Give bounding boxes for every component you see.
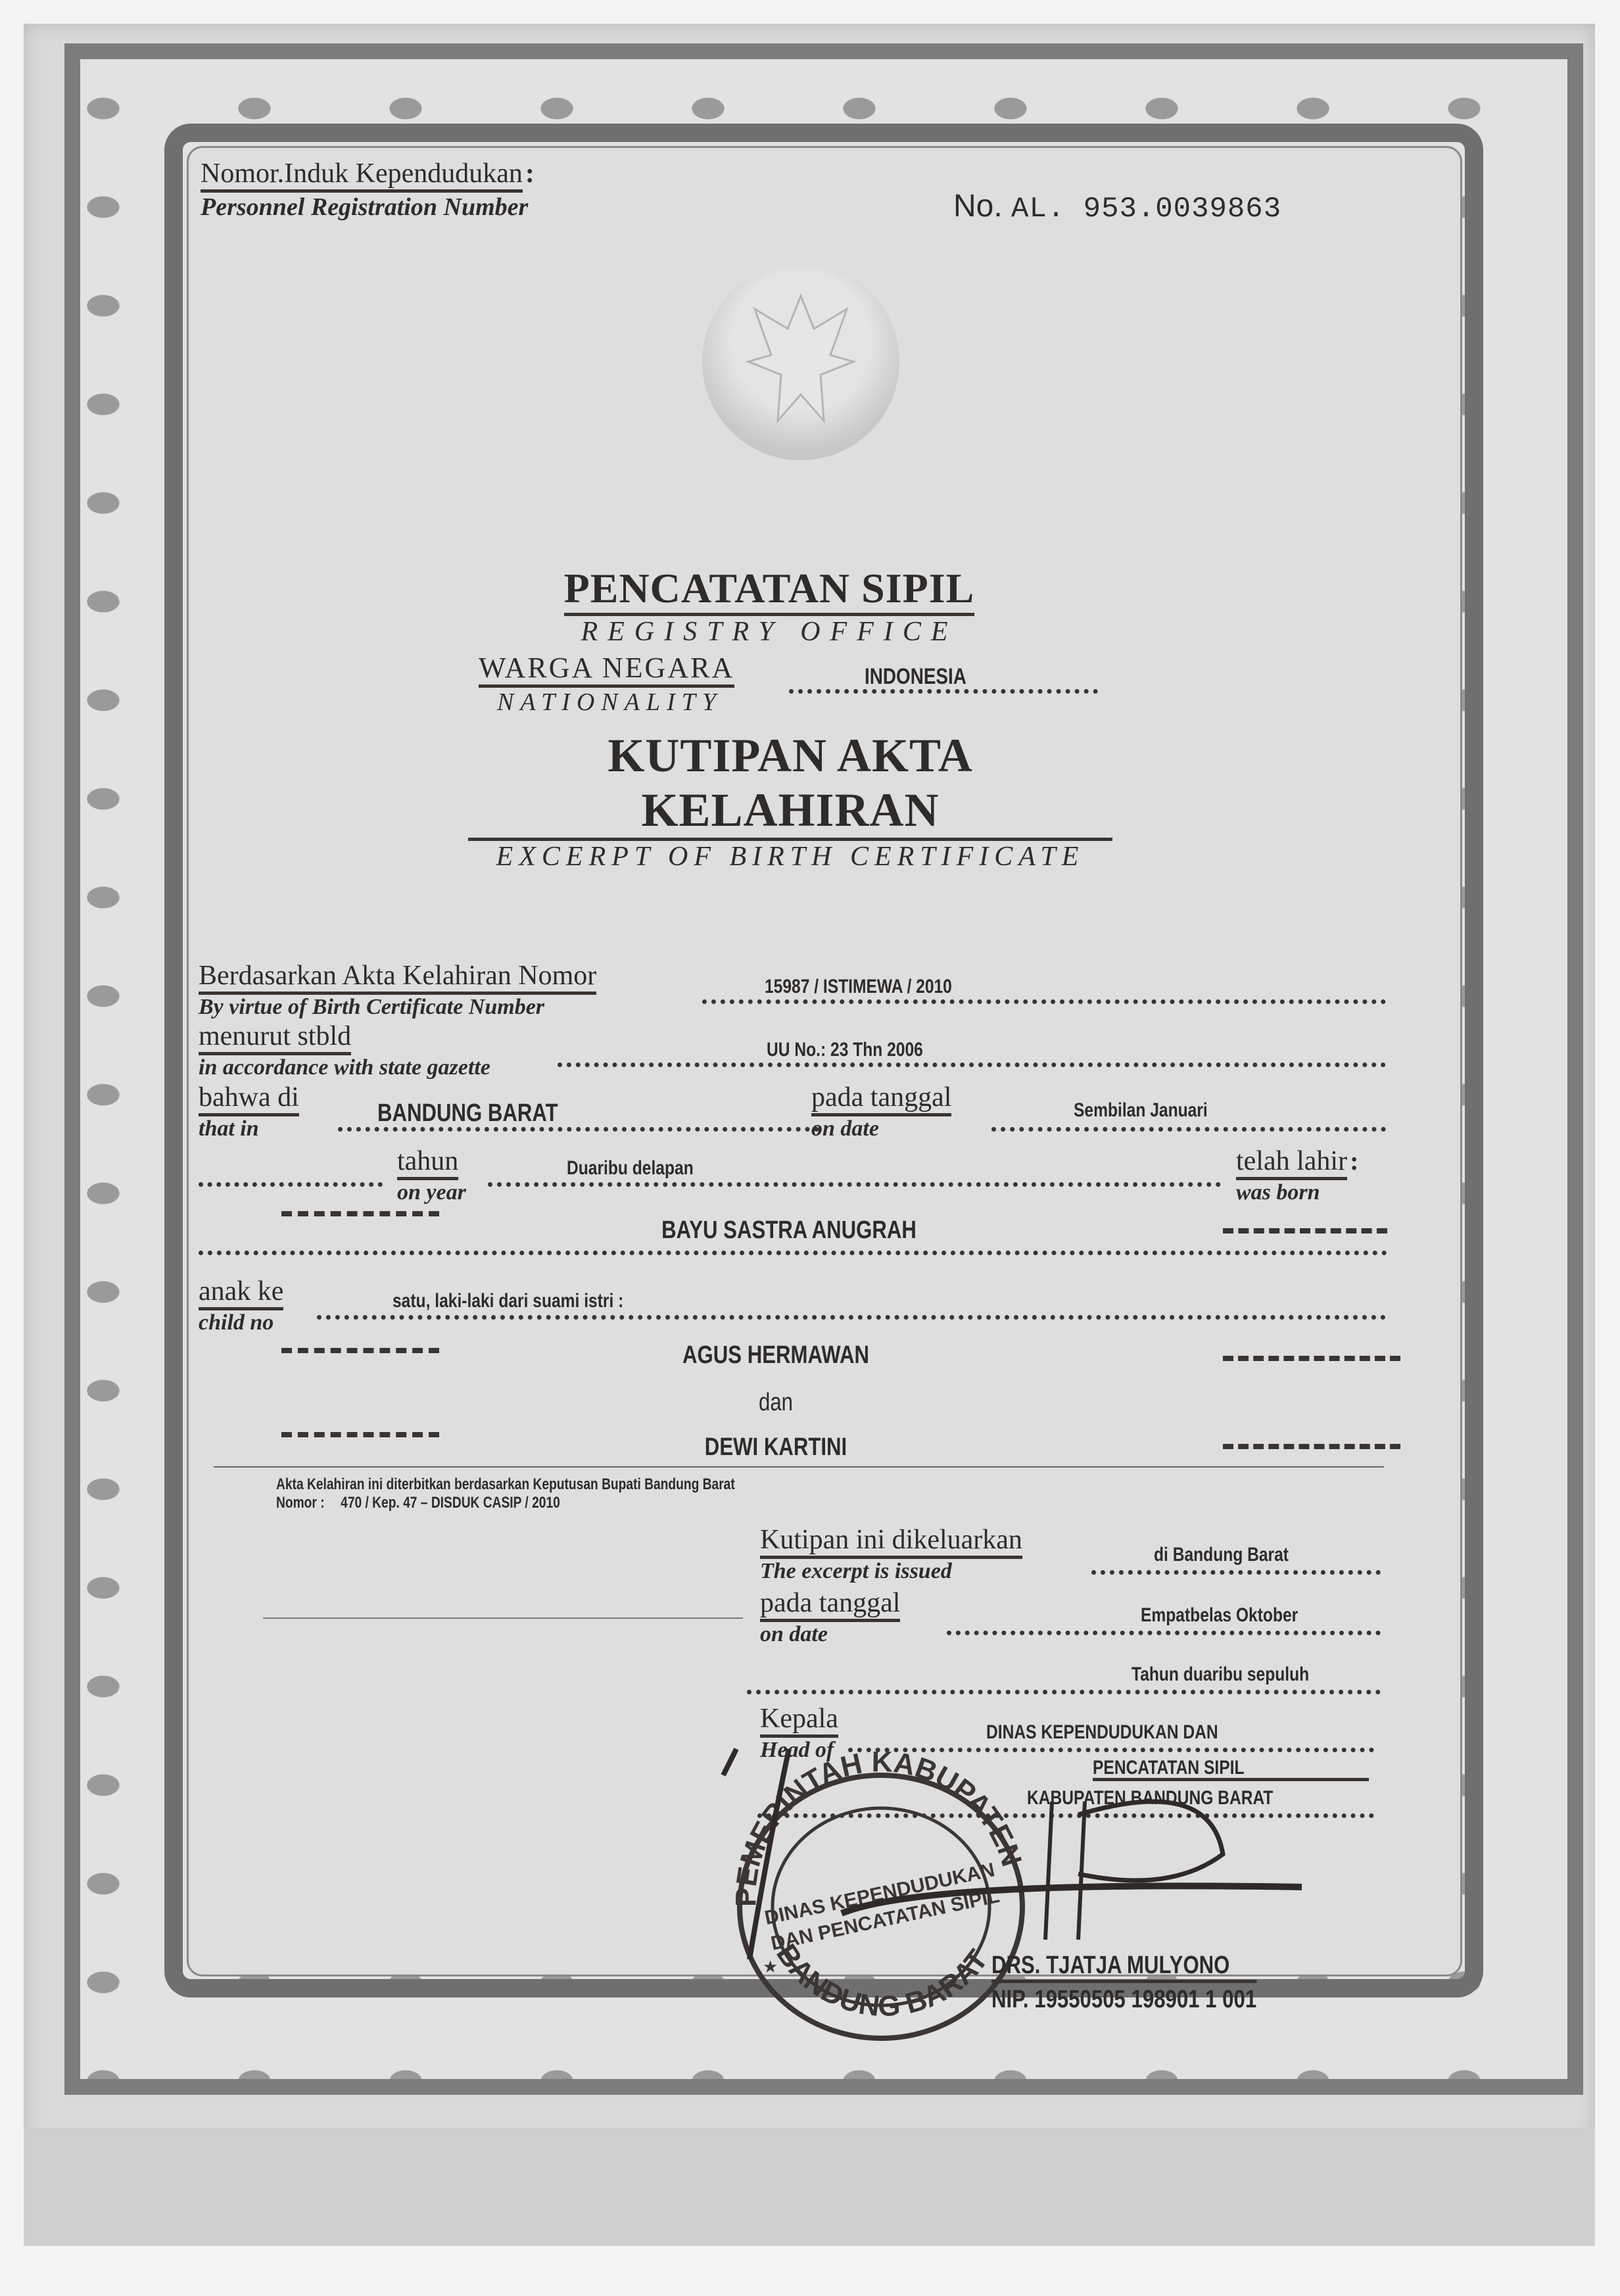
decree-line1: Akta Kelahiran ini diterbitkan berdasark… (276, 1475, 735, 1494)
mother-name: DEWI KARTINI (614, 1433, 938, 1462)
year-prefix-field (199, 1162, 383, 1187)
gazette-label: menurut stbld in accordance with state g… (199, 1020, 490, 1080)
nationality-field: INDONESIA (789, 664, 1098, 694)
document-title: KUTIPAN AKTA KELAHIRAN EXCERPT OF BIRTH … (468, 729, 1112, 873)
cert-number-label: Berdasarkan Akta Kelahiran Nomor By virt… (199, 960, 596, 1020)
cert-number-label-en: By virtue of Birth Certificate Number (199, 995, 596, 1020)
dash-left (281, 1348, 439, 1353)
year-label-en: on year (397, 1180, 466, 1205)
issued-date-label-en: on date (760, 1622, 900, 1647)
dash-left (281, 1211, 439, 1216)
issued-place-value: di Bandung Barat (1154, 1544, 1289, 1566)
child-no-field: satu, laki-laki dari suami istri : (317, 1295, 1386, 1320)
child-no-value: satu, laki-laki dari suami istri : (393, 1290, 623, 1312)
issued-date-label-id: pada tanggal (760, 1587, 900, 1622)
decree-note: Akta Kelahiran ini diterbitkan berdasark… (276, 1475, 849, 1512)
nik-colon: : (525, 158, 535, 189)
gazette-value: UU No.: 23 Thn 2006 (767, 1039, 923, 1061)
decree-line2: Nomor : 470 / Kep. 47 – DISDUK CASIP / 2… (276, 1494, 735, 1512)
issued-year-value: Tahun duaribu sepuluh (1132, 1663, 1309, 1686)
nik-label-en: Personnel Registration Number (201, 193, 535, 222)
date-value: Sembilan Januari (1074, 1099, 1208, 1122)
year-value: Duaribu delapan (567, 1157, 694, 1180)
place-value: BANDUNG BARAT (377, 1099, 558, 1128)
place-label: bahwa di that in (199, 1082, 299, 1141)
year-field: Duaribu delapan (488, 1162, 1221, 1187)
dash-right (1223, 1356, 1400, 1361)
dash-right (1223, 1444, 1400, 1449)
serial-value: AL. 953.0039863 (1011, 193, 1281, 226)
issued-label-en: The excerpt is issued (760, 1559, 1022, 1584)
gazette-label-en: in accordance with state gazette (199, 1055, 490, 1080)
document-title-id: KUTIPAN AKTA KELAHIRAN (468, 729, 1112, 841)
decree-number-label: Nomor : (276, 1494, 325, 1512)
serial-number: No. AL. 953.0039863 (953, 188, 1281, 226)
child-no-label: anak ke child no (199, 1276, 283, 1335)
place-field: BANDUNG BARAT (338, 1105, 819, 1132)
born-label-en: was born (1236, 1180, 1358, 1205)
dash-left (281, 1432, 439, 1437)
issued-label: Kutipan ini dikeluarkan The excerpt is i… (760, 1524, 1022, 1584)
issued-label-id: Kutipan ini dikeluarkan (760, 1524, 1022, 1559)
gazette-label-id: menurut stbld (199, 1020, 351, 1055)
cert-number-value: 15987 / ISTIMEWA / 2010 (765, 976, 952, 998)
conjunction: dan (614, 1389, 938, 1417)
child-name-line (199, 1244, 1387, 1255)
decree-divider (214, 1466, 1384, 1468)
father-name: AGUS HERMAWAN (614, 1341, 938, 1370)
issued-place-field: di Bandung Barat (1091, 1550, 1381, 1575)
document-title-en: EXCERPT OF BIRTH CERTIFICATE (468, 841, 1112, 873)
serial-prefix: No. (953, 189, 1003, 224)
nationality-label-en: NATIONALITY (479, 688, 734, 717)
issued-year-field: Tahun duaribu sepuluh (747, 1670, 1381, 1694)
date-label: pada tanggal on date (811, 1082, 951, 1141)
year-label-id: tahun (397, 1145, 458, 1180)
decree-number-value: 470 / Kep. 47 – DISDUK CASIP / 2010 (328, 1494, 560, 1512)
issued-date-value: Empatbelas Oktober (1141, 1604, 1298, 1627)
nik-label-id: Nomor.Induk Kependudukan (201, 158, 523, 193)
born-colon: : (1350, 1146, 1358, 1176)
official-signatory: DRS. TJATJA MULYONO NIP. 19550505 198901… (991, 1951, 1315, 2014)
date-field: Sembilan Januari (991, 1105, 1386, 1132)
gazette-field: UU No.: 23 Thn 2006 (558, 1043, 1386, 1067)
office-title: PENCATATAN SIPIL REGISTRY OFFICE (513, 564, 1026, 648)
child-no-label-en: child no (199, 1310, 283, 1335)
issuance-left-rule (263, 1611, 743, 1619)
office-title-en: REGISTRY OFFICE (513, 616, 1026, 648)
garuda-emblem-icon (702, 263, 899, 460)
born-label-id: telah lahir (1236, 1145, 1347, 1180)
child-name: BAYU SASTRA ANUGRAH (627, 1216, 951, 1245)
issued-date-field: Empatbelas Oktober (947, 1611, 1381, 1635)
cert-number-field: 15987 / ISTIMEWA / 2010 (702, 980, 1386, 1004)
place-label-id: bahwa di (199, 1082, 299, 1116)
nationality-value: INDONESIA (865, 664, 966, 690)
official-nip: NIP. 19550505 198901 1 001 (991, 1986, 1256, 2014)
place-label-en: that in (199, 1116, 299, 1141)
date-label-id: pada tanggal (811, 1082, 951, 1116)
dash-right (1223, 1228, 1387, 1233)
nik-label: Nomor.Induk Kependudukan : Personnel Reg… (201, 158, 535, 222)
nationality-label: WARGA NEGARA NATIONALITY (479, 651, 734, 717)
born-label: telah lahir : was born (1236, 1145, 1358, 1205)
nationality-label-id: WARGA NEGARA (479, 651, 734, 688)
cert-number-label-id: Berdasarkan Akta Kelahiran Nomor (199, 960, 596, 995)
year-label: tahun on year (397, 1145, 466, 1205)
issued-date-label: pada tanggal on date (760, 1587, 900, 1647)
office-title-id: PENCATATAN SIPIL (564, 564, 975, 616)
date-label-en: on date (811, 1116, 951, 1141)
official-name: DRS. TJATJA MULYONO (991, 1951, 1256, 1983)
child-no-label-id: anak ke (199, 1276, 283, 1310)
